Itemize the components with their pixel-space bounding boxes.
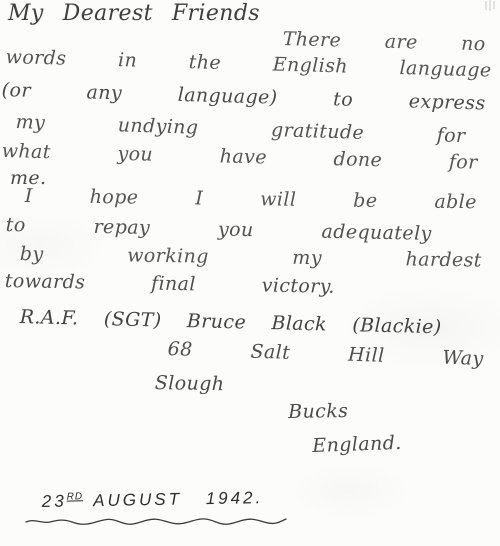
- date-day: 23: [42, 492, 67, 511]
- date: 23RDAUGUST 1942.: [42, 488, 264, 512]
- date-ordinal: RD: [67, 492, 84, 503]
- address-line: Bucks: [288, 401, 348, 424]
- letter-line: I hope I will be able: [25, 186, 477, 214]
- salutation: My Dearest Friends: [8, 1, 260, 26]
- address-line: 68 Salt Hill Way: [167, 339, 484, 371]
- date-month-year: AUGUST 1942.: [93, 488, 263, 510]
- letter-line: by working my hardest: [20, 244, 482, 272]
- letter-line: to repay you adequately: [6, 215, 432, 246]
- date-underline: [24, 514, 288, 528]
- address-line: Slough: [155, 373, 225, 396]
- address-line: England.: [312, 433, 402, 458]
- signature-line: R.A.F. (SGT) Bruce Black (Blackie): [19, 307, 441, 339]
- corner-mark: [484, 0, 498, 16]
- letter-page: My Dearest Friends There are no words in…: [0, 0, 500, 546]
- letter-line: There are no: [282, 29, 486, 56]
- letter-line: (or any language) to express: [1, 80, 485, 115]
- letter-line: towards final victory.: [5, 271, 335, 299]
